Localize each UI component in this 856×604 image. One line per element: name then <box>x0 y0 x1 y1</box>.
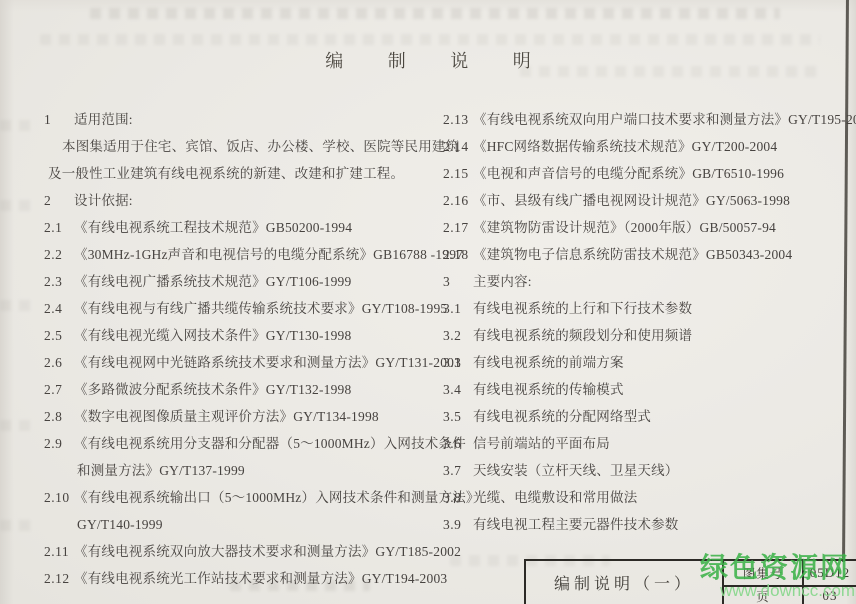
item-text: 《有线电视网中光链路系统技术要求和测量方法》GY/T131-2001 <box>74 349 461 376</box>
text-line: 2.1《有线电视系统工程技术规范》GB50200-1994 <box>44 214 436 241</box>
item-text: 有线电视系统的分配网络型式 <box>473 403 651 430</box>
text-line: 2.7《多路微波分配系统技术条件》GY/T132-1998 <box>44 376 436 403</box>
item-number: 3.8 <box>443 484 473 511</box>
text-line: 3.5有线电视系统的分配网络型式 <box>443 403 843 430</box>
text-line: 2.12《有线电视系统光工作站技术要求和测量方法》GY/T194-2003 <box>44 565 436 592</box>
text-line: 2.13《有线电视系统双向用户端口技术要求和测量方法》GY/T195-2003 <box>443 106 843 133</box>
item-number: 2 <box>44 187 74 214</box>
item-number: 3.1 <box>443 295 473 322</box>
text-line: 3.2有线电视系统的频段划分和使用频谱 <box>443 322 843 349</box>
text-line: 3.7天线安装（立杆天线、卫星天线） <box>443 457 843 484</box>
left-text-column: 1适用范围:本图集适用于住宅、宾馆、饭店、办公楼、学校、医院等民用建筑及一般性工… <box>44 106 436 592</box>
item-text: 适用范围: <box>74 106 133 133</box>
text-line: 3.1有线电视系统的上行和下行技术参数 <box>443 295 843 322</box>
text-line: 2.14《HFC网络数据传输系统技术规范》GY/T200-2004 <box>443 133 843 160</box>
item-number: 2.10 <box>44 484 74 511</box>
item-number: 3.9 <box>443 511 473 538</box>
item-text: 本图集适用于住宅、宾馆、饭店、办公楼、学校、医院等民用建筑 <box>62 133 459 160</box>
text-line: 2.5《有线电视光缆入网技术条件》GY/T130-1998 <box>44 322 436 349</box>
item-text: 《建筑物防雷设计规范》（2000年版）GB/50057-94 <box>473 214 776 241</box>
page-title: 编 制 说 明 <box>0 47 856 73</box>
text-line: 3主要内容: <box>443 268 843 295</box>
item-text: 《有线电视系统输出口（5～1000MHz）入网技术条件和测量方法》 <box>74 484 480 511</box>
item-text: 光缆、电缆敷设和常用做法 <box>473 484 637 511</box>
right-text-column: 2.13《有线电视系统双向用户端口技术要求和测量方法》GY/T195-20032… <box>443 106 843 538</box>
item-text: 《建筑物电子信息系统防雷技术规范》GB50343-2004 <box>473 241 792 268</box>
item-text: 有线电视工程主要元器件技术参数 <box>473 511 679 538</box>
item-number: 2.5 <box>44 322 74 349</box>
text-line: 3.4有线电视系统的传输模式 <box>443 376 843 403</box>
item-number: 2.12 <box>44 565 74 592</box>
text-line: 3.8光缆、电缆敷设和常用做法 <box>443 484 843 511</box>
text-line: 1适用范围: <box>44 106 436 133</box>
item-text: 《电视和声音信号的电缆分配系统》GB/T6510-1996 <box>473 160 784 187</box>
text-line: 2.4《有线电视与有线广播共缆传输系统技术要求》GY/T108-1995 <box>44 295 436 322</box>
item-number: 2.8 <box>44 403 74 430</box>
text-line: 2.16《市、县级有线广播电视网设计规范》GY/5063-1998 <box>443 187 843 214</box>
text-line: 3.6信号前端站的平面布局 <box>443 430 843 457</box>
item-text: 有线电视系统的上行和下行技术参数 <box>473 295 692 322</box>
text-line: 2设计依据: <box>44 187 436 214</box>
item-text: 《有线电视与有线广播共缆传输系统技术要求》GY/T108-1995 <box>74 295 447 322</box>
item-text: 《有线电视系统光工作站技术要求和测量方法》GY/T194-2003 <box>74 565 447 592</box>
item-text: 《数字电视图像质量主观评价方法》GY/T134-1998 <box>74 403 379 430</box>
item-text: 《有线电视系统工程技术规范》GB50200-1994 <box>74 214 352 241</box>
item-text: 《有线电视广播系统技术规范》GY/T106-1999 <box>74 268 351 295</box>
item-text: 《有线电视系统双向用户端口技术要求和测量方法》GY/T195-2003 <box>473 106 856 133</box>
item-number: 3.7 <box>443 457 473 484</box>
item-number: 1 <box>44 106 74 133</box>
item-number: 3.4 <box>443 376 473 403</box>
text-line: 2.15《电视和声音信号的电缆分配系统》GB/T6510-1996 <box>443 160 843 187</box>
item-number: 2.13 <box>443 106 473 133</box>
item-number: 2.6 <box>44 349 74 376</box>
item-text: 《多路微波分配系统技术条件》GY/T132-1998 <box>74 376 351 403</box>
item-text: 及一般性工业建筑有线电视系统的新建、改建和扩建工程。 <box>48 160 404 187</box>
text-line: 2.6《有线电视网中光链路系统技术要求和测量方法》GY/T131-2001 <box>44 349 436 376</box>
watermark-site-url: www.downcc.com <box>720 581 855 601</box>
item-text: 主要内容: <box>473 268 532 295</box>
item-number: 2.18 <box>443 241 473 268</box>
item-text: 《市、县级有线广播电视网设计规范》GY/5063-1998 <box>473 187 790 214</box>
item-text: 《有线电视系统双向放大器技术要求和测量方法》GY/T185-2002 <box>74 538 461 565</box>
item-text: 和测量方法》GY/T137-1999 <box>77 457 245 484</box>
item-number: 2.16 <box>443 187 473 214</box>
item-text: 有线电视系统的频段划分和使用频谱 <box>473 322 692 349</box>
item-text: 《有线电视光缆入网技术条件》GY/T130-1998 <box>74 322 351 349</box>
text-line: 2.10《有线电视系统输出口（5～1000MHz）入网技术条件和测量方法》 <box>44 484 436 511</box>
item-text: 设计依据: <box>74 187 133 214</box>
title-block-caption: 编制说明（一） <box>526 561 722 604</box>
text-line: 2.11《有线电视系统双向放大器技术要求和测量方法》GY/T185-2002 <box>44 538 436 565</box>
item-number: 2.9 <box>44 430 74 457</box>
item-number: 3.6 <box>443 430 473 457</box>
item-number: 2.14 <box>443 133 473 160</box>
text-line: 2.3《有线电视广播系统技术规范》GY/T106-1999 <box>44 268 436 295</box>
item-text: 天线安装（立杆天线、卫星天线） <box>473 457 679 484</box>
item-text: 《30MHz-1GHz声音和电视信号的电缆分配系统》GB16788 -1997 <box>74 241 463 268</box>
item-number: 2.2 <box>44 241 74 268</box>
item-number: 2.4 <box>44 295 74 322</box>
item-number: 2.17 <box>443 214 473 241</box>
item-number: 2.15 <box>443 160 473 187</box>
item-text: 有线电视系统的传输模式 <box>473 376 624 403</box>
text-line: 2.18《建筑物电子信息系统防雷技术规范》GB50343-2004 <box>443 241 843 268</box>
item-number: 2.3 <box>44 268 74 295</box>
text-line: 2.2《30MHz-1GHz声音和电视信号的电缆分配系统》GB16788 -19… <box>44 241 436 268</box>
item-number: 2.1 <box>44 214 74 241</box>
text-line: 3.9有线电视工程主要元器件技术参数 <box>443 511 843 538</box>
text-line: 本图集适用于住宅、宾馆、饭店、办公楼、学校、医院等民用建筑 <box>44 133 436 160</box>
text-line: 2.17《建筑物防雷设计规范》（2000年版）GB/50057-94 <box>443 214 843 241</box>
scanned-document-page: { "page": { "title": "编 制 说 明", "paper_c… <box>0 0 856 604</box>
text-line: 3.3有线电视系统的前端方案 <box>443 349 843 376</box>
watermark-site-name: 绿色资源网 <box>700 546 850 586</box>
item-number: 2.7 <box>44 376 74 403</box>
item-text: 《HFC网络数据传输系统技术规范》GY/T200-2004 <box>473 133 777 160</box>
item-text: GY/T140-1999 <box>77 511 163 538</box>
text-line: 2.9《有线电视系统用分支器和分配器（5～1000MHz）入网技术条件 <box>44 430 436 457</box>
text-line: 2.8《数字电视图像质量主观评价方法》GY/T134-1998 <box>44 403 436 430</box>
item-number: 3 <box>443 268 473 295</box>
item-number: 3.3 <box>443 349 473 376</box>
item-text: 信号前端站的平面布局 <box>473 430 610 457</box>
item-number: 2.11 <box>44 538 74 565</box>
item-text: 《有线电视系统用分支器和分配器（5～1000MHz）入网技术条件 <box>74 430 466 457</box>
text-line: GY/T140-1999 <box>44 511 436 538</box>
text-line: 和测量方法》GY/T137-1999 <box>44 457 436 484</box>
item-number: 3.5 <box>443 403 473 430</box>
item-number: 3.2 <box>443 322 473 349</box>
item-text: 有线电视系统的前端方案 <box>473 349 624 376</box>
text-line: 及一般性工业建筑有线电视系统的新建、改建和扩建工程。 <box>44 160 436 187</box>
